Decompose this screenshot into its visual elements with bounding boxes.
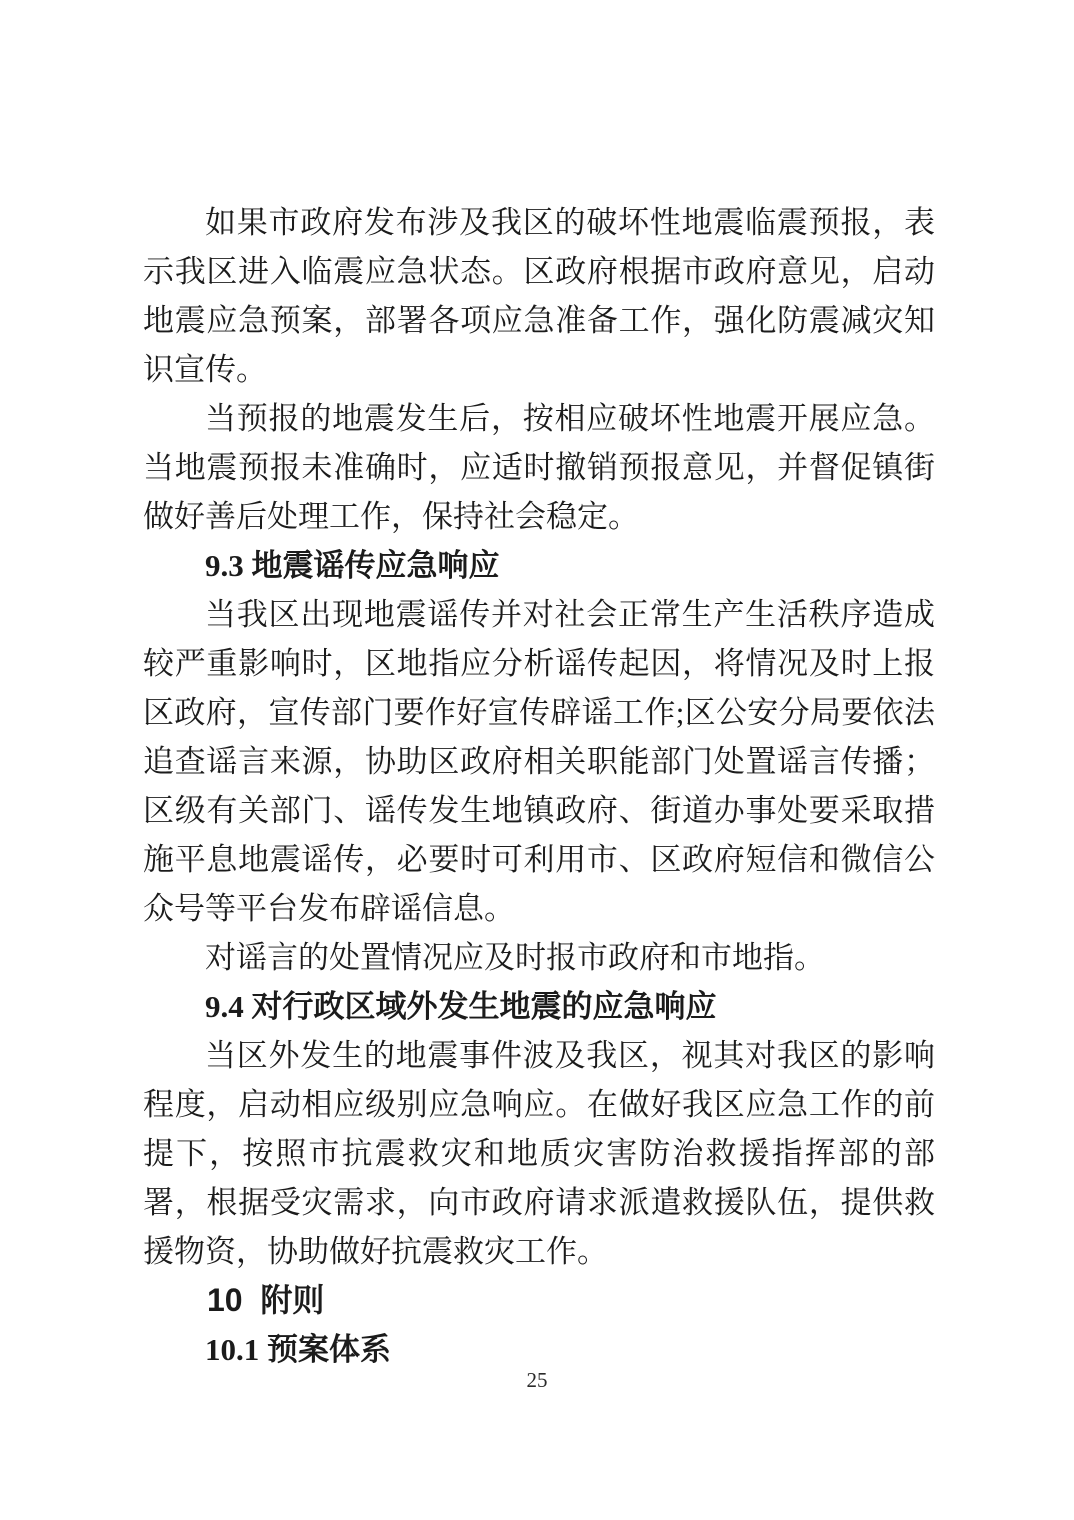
- chapter-heading-10: 10 附则: [143, 1276, 935, 1325]
- section-heading-9-4: 9.4 对行政区域外发生地震的应急响应: [143, 982, 935, 1031]
- body-paragraph: 当预报的地震发生后，按相应破坏性地震开展应急。当地震预报未准确时，应适时撤销预报…: [143, 394, 935, 541]
- document-body: 如果市政府发布涉及我区的破坏性地震临震预报，表示我区进入临震应急状态。区政府根据…: [143, 198, 935, 1374]
- page-number: 25: [0, 1366, 1074, 1394]
- section-heading-9-3: 9.3 地震谣传应急响应: [143, 541, 935, 590]
- document-page: 如果市政府发布涉及我区的破坏性地震临震预报，表示我区进入临震应急状态。区政府根据…: [0, 0, 1074, 1520]
- body-paragraph: 当区外发生的地震事件波及我区，视其对我区的影响程度，启动相应级别应急响应。在做好…: [143, 1031, 935, 1276]
- body-paragraph: 当我区出现地震谣传并对社会正常生产生活秩序造成较严重影响时，区地指应分析谣传起因…: [143, 590, 935, 933]
- body-paragraph: 如果市政府发布涉及我区的破坏性地震临震预报，表示我区进入临震应急状态。区政府根据…: [143, 198, 935, 394]
- body-paragraph: 对谣言的处置情况应及时报市政府和市地指。: [143, 933, 935, 982]
